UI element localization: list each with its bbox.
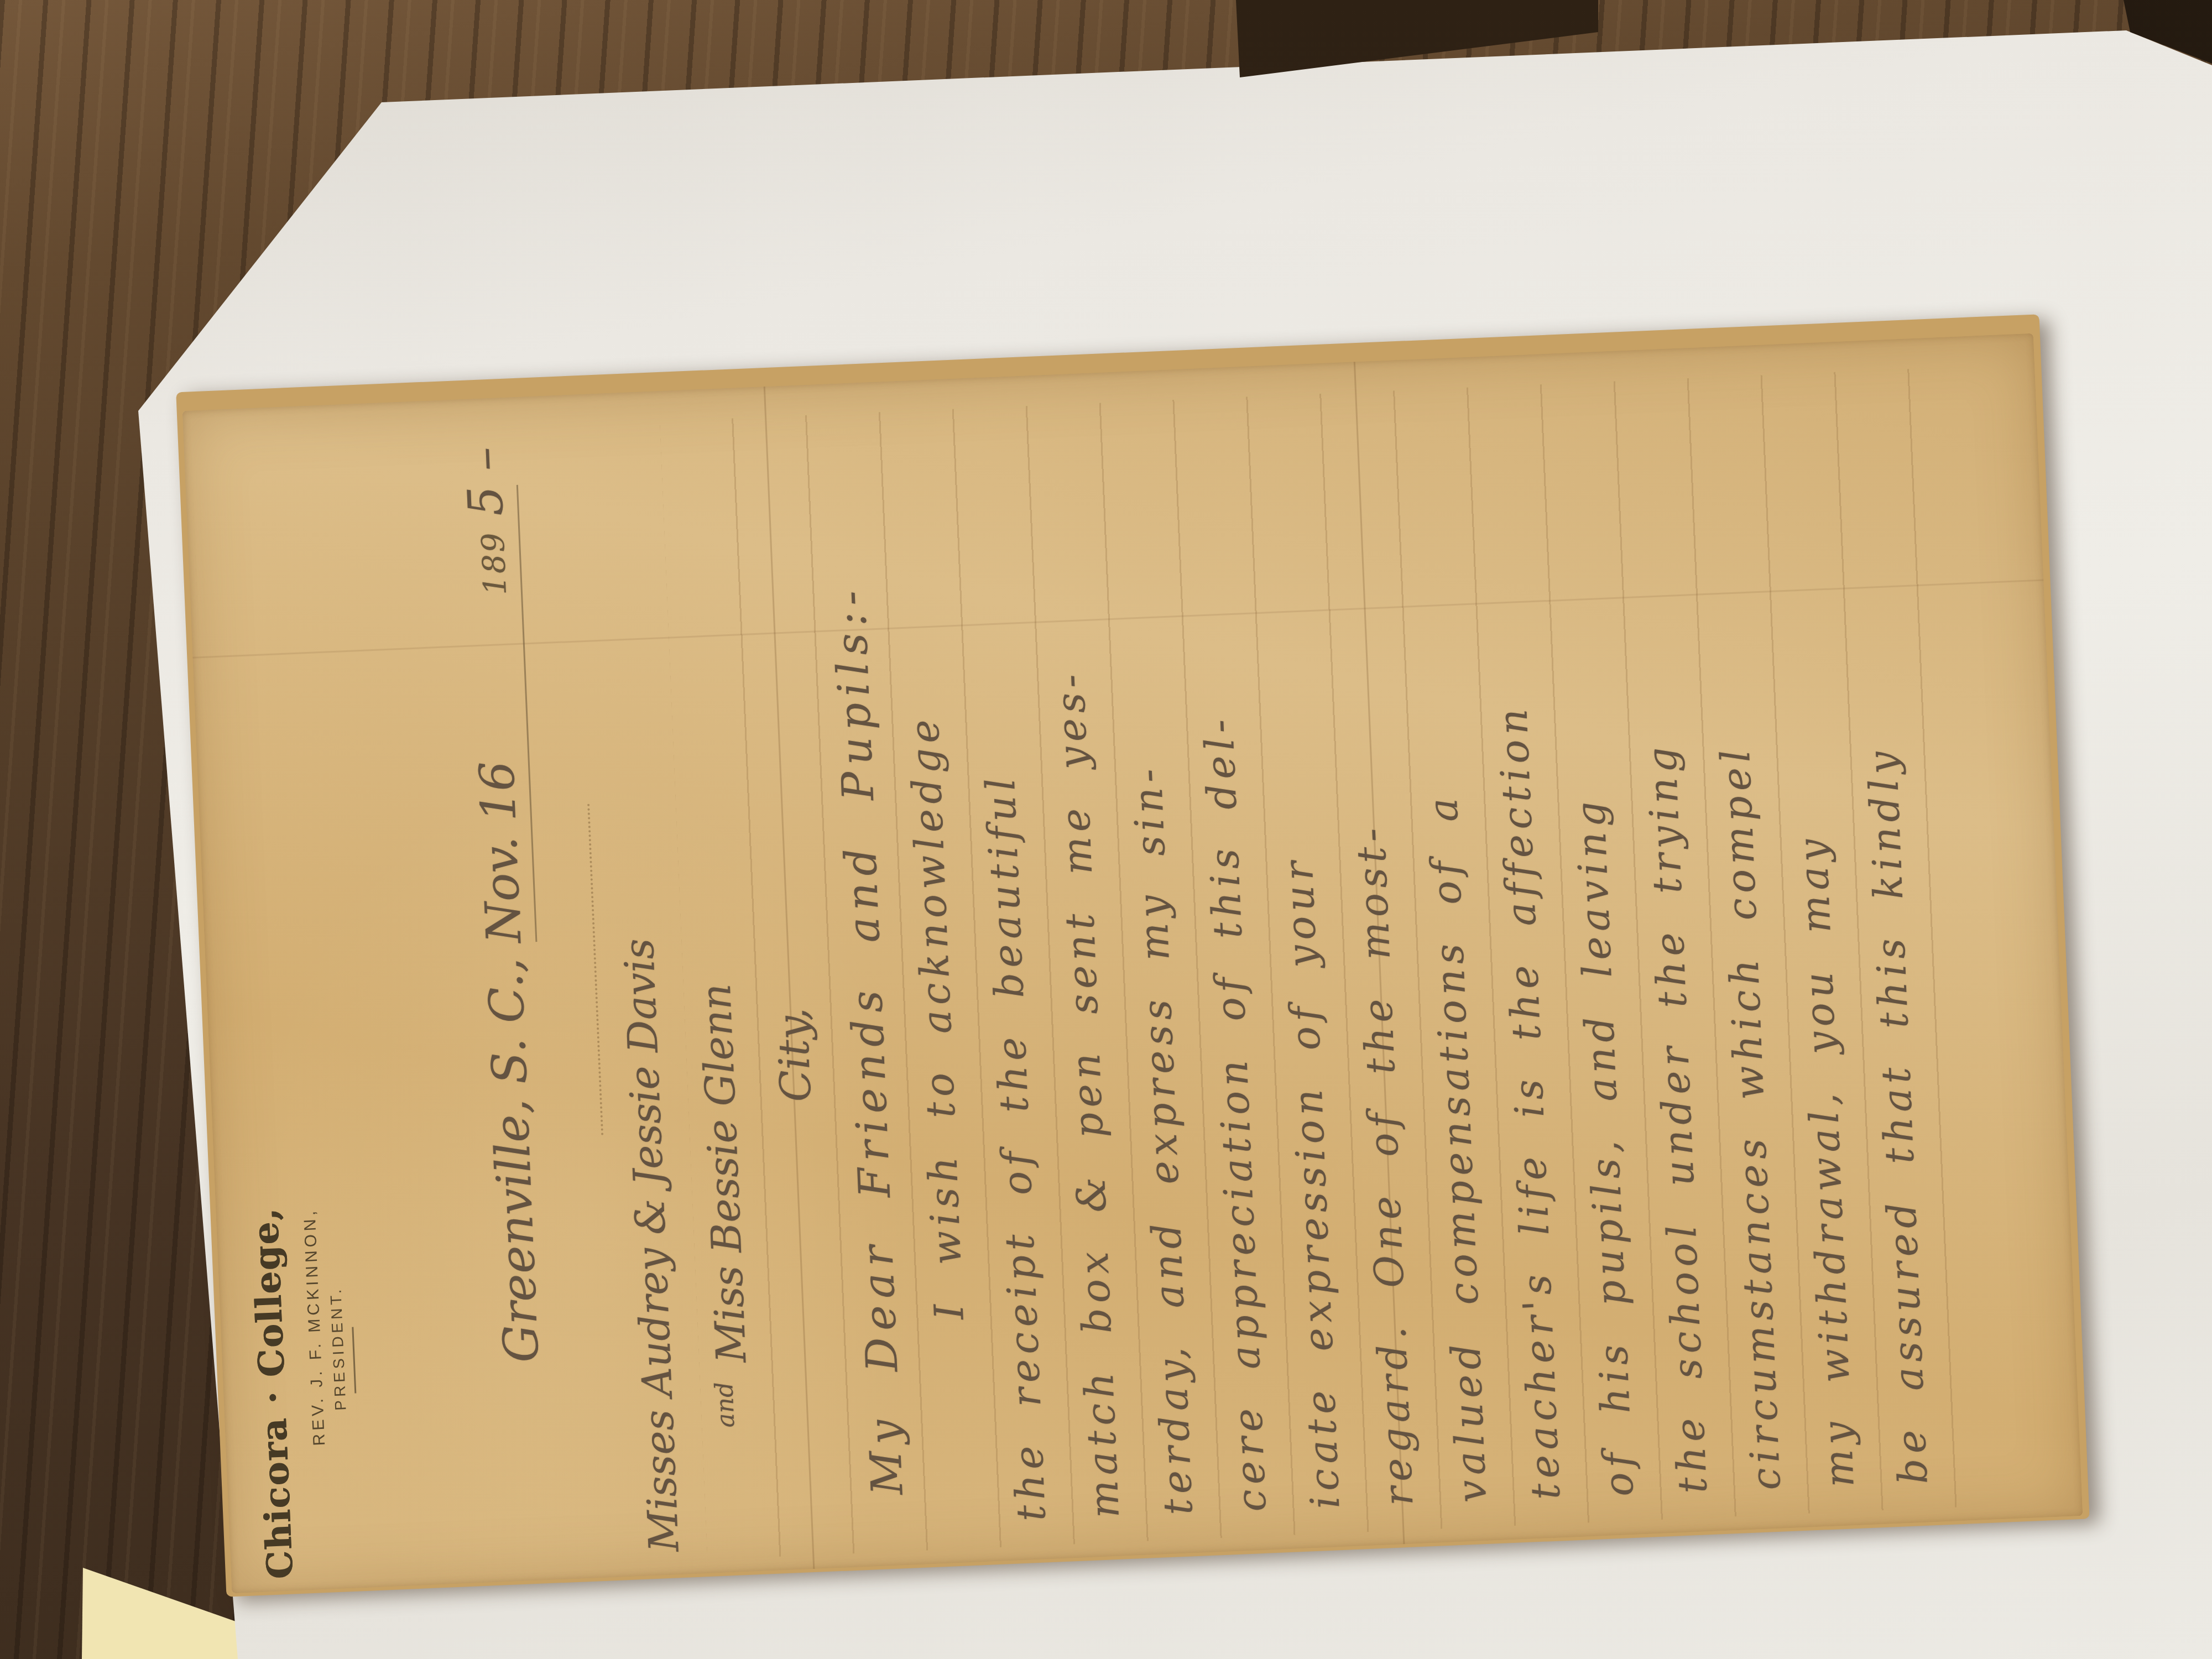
- president-rule: [352, 1327, 356, 1394]
- letter-page: Chicora · College, REV. J. F. MCKINNON, …: [182, 333, 2083, 1593]
- address-line-1: Misses Audrey & Jessie Davis: [615, 937, 688, 1553]
- dotted-rule: [587, 804, 603, 1135]
- year-flourish: –: [456, 446, 513, 472]
- address-and: and: [710, 1381, 740, 1428]
- letter-document: Chicora · College, REV. J. F. MCKINNON, …: [182, 333, 2083, 1593]
- date-text: Nov. 16: [469, 760, 533, 944]
- photo-scene: Chicora · College, REV. J. F. MCKINNON, …: [0, 0, 2212, 1659]
- address-city: City,: [768, 1007, 821, 1103]
- college-name: Chicora · College,: [244, 1203, 301, 1580]
- year-printed: 189: [475, 530, 514, 596]
- president-title: PRESIDENT.: [324, 1200, 350, 1411]
- year-handwritten: 5: [458, 485, 514, 518]
- date-line: Greenville, S. C., Nov. 16189 5 –: [456, 446, 550, 1363]
- date-rule-line: Nov. 16189 5: [458, 484, 538, 944]
- letterhead: Chicora · College, REV. J. F. MCKINNON, …: [244, 1200, 364, 1580]
- place-text: Greenville, S. C.,: [478, 957, 550, 1364]
